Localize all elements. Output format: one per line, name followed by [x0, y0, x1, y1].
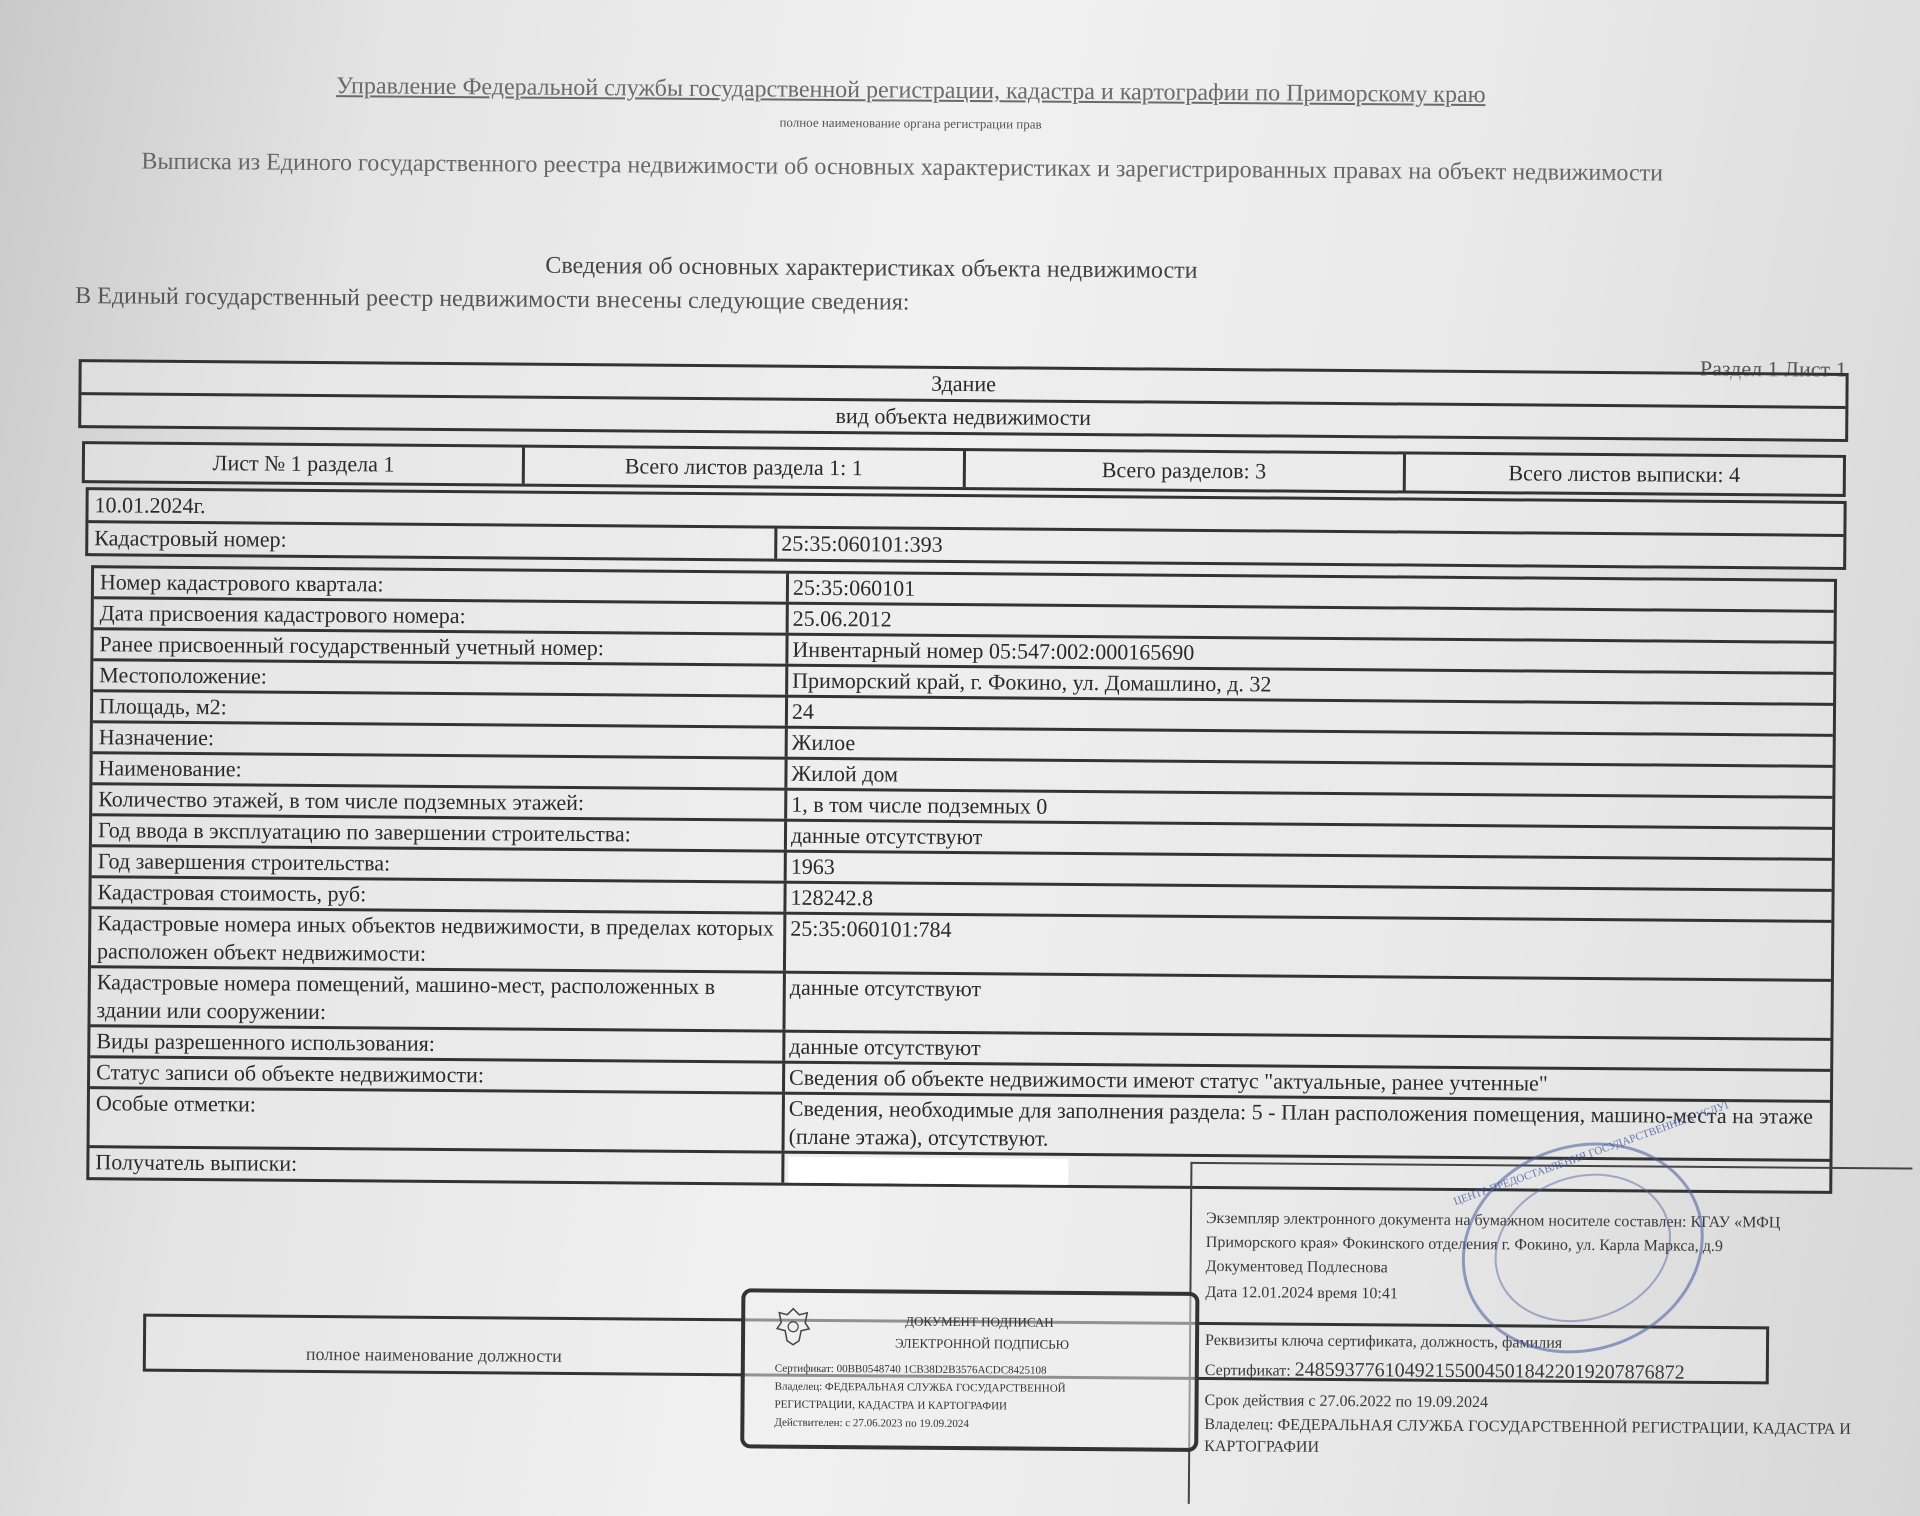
row-value: 25:35:060101	[789, 574, 1834, 610]
mfc-cert-label: Сертификат:	[1205, 1362, 1291, 1380]
row-label: Номер кадастрового квартала:	[94, 568, 789, 601]
mfc-owner-2: КАРТОГРАФИИ	[1204, 1438, 1319, 1457]
row-label: Год ввода в эксплуатацию по завершении с…	[92, 816, 787, 849]
coat-of-arms-icon	[775, 1307, 811, 1347]
row-label: Особые отметки:	[90, 1089, 785, 1150]
mfc-cert: Сертификат: 2485937761049215500450184220…	[1205, 1358, 1685, 1385]
document-title: Выписка из Единого государственного реес…	[122, 148, 1682, 187]
row-value: 25:35:060101:784	[786, 915, 1831, 979]
sheet-number: Лист № 1 раздела 1	[85, 444, 526, 483]
row-label: Получатель выписки:	[89, 1148, 784, 1182]
row-label: Местоположение:	[93, 661, 788, 694]
signature-line-2: ЭЛЕКТРОННОЙ ПОДПИСЬЮ	[895, 1336, 1069, 1353]
row-label: Количество этажей, в том числе подземных…	[92, 785, 787, 818]
section-sheets-total: Всего листов раздела 1: 1	[525, 448, 966, 487]
signature-cert: Сертификат: 00BB0548740 1CB38D2B3576ACDC…	[775, 1363, 1047, 1377]
row-label: Виды разрешенного использования:	[90, 1027, 785, 1060]
characteristics-table: Номер кадастрового квартала:25:35:060101…	[86, 565, 1837, 1194]
row-label: Назначение:	[93, 723, 788, 756]
sections-total: Всего разделов: 3	[965, 451, 1406, 490]
intro-text: В Единый государственный реестр недвижим…	[75, 283, 910, 317]
cadastral-number-label: Кадастровый номер:	[88, 523, 777, 558]
row-label: Год завершения строительства:	[92, 847, 787, 880]
mfc-validity: Срок действия с 27.06.2022 по 19.09.2024	[1205, 1392, 1489, 1412]
agency-caption: полное наименование органа регистрации п…	[321, 111, 1501, 136]
row-label: Ранее присвоенный государственный учетны…	[93, 630, 788, 663]
row-label: Наименование:	[92, 754, 787, 787]
mfc-cert-value: 248593776104921550045018422019207876872	[1295, 1359, 1685, 1384]
signature-owner: Владелец: ФЕДЕРАЛЬНАЯ СЛУЖБА ГОСУДАРСТВЕ…	[775, 1381, 1066, 1395]
document-page: Управление Федеральной службы государств…	[0, 0, 1920, 1516]
row-value: данные отсутствуют	[785, 974, 1830, 1038]
mfc-line-4: Дата 12.01.2024 время 10:41	[1205, 1284, 1398, 1304]
row-label: Статус записи об объекте недвижимости:	[90, 1058, 785, 1091]
signature-validity: Действителен: с 27.06.2023 по 19.09.2024	[774, 1417, 969, 1431]
position-caption: полное наименование должности	[306, 1344, 562, 1367]
date-cadastral-box: 10.01.2024г. Кадастровый номер: 25:35:06…	[85, 487, 1846, 570]
mfc-line-3: Документовед Подлеснова	[1206, 1258, 1388, 1277]
agency-name: Управление Федеральной службы государств…	[321, 73, 1501, 109]
signature-line-1: ДОКУМЕНТ ПОДПИСАН	[905, 1314, 1054, 1331]
redacted-block	[788, 1157, 1068, 1185]
row-label: Площадь, м2:	[93, 692, 788, 725]
row-label: Кадастровая стоимость, руб:	[91, 878, 786, 911]
object-type-box: Здание вид объекта недвижимости	[78, 359, 1848, 442]
row-label: Дата присвоения кадастрового номера:	[94, 599, 789, 632]
signature-owner-2: РЕГИСТРАЦИИ, КАДАСТРА И КАРТОГРАФИИ	[774, 1399, 1007, 1413]
extract-sheets-total: Всего листов выписки: 4	[1405, 455, 1843, 494]
electronic-signature-stamp: ДОКУМЕНТ ПОДПИСАН ЭЛЕКТРОННОЙ ПОДПИСЬЮ С…	[740, 1288, 1199, 1452]
row-label: Кадастровые номера помещений, машино-мес…	[91, 968, 786, 1029]
section-title: Сведения об основных характеристиках объ…	[121, 249, 1621, 288]
row-label: Кадастровые номера иных объектов недвижи…	[91, 909, 786, 970]
